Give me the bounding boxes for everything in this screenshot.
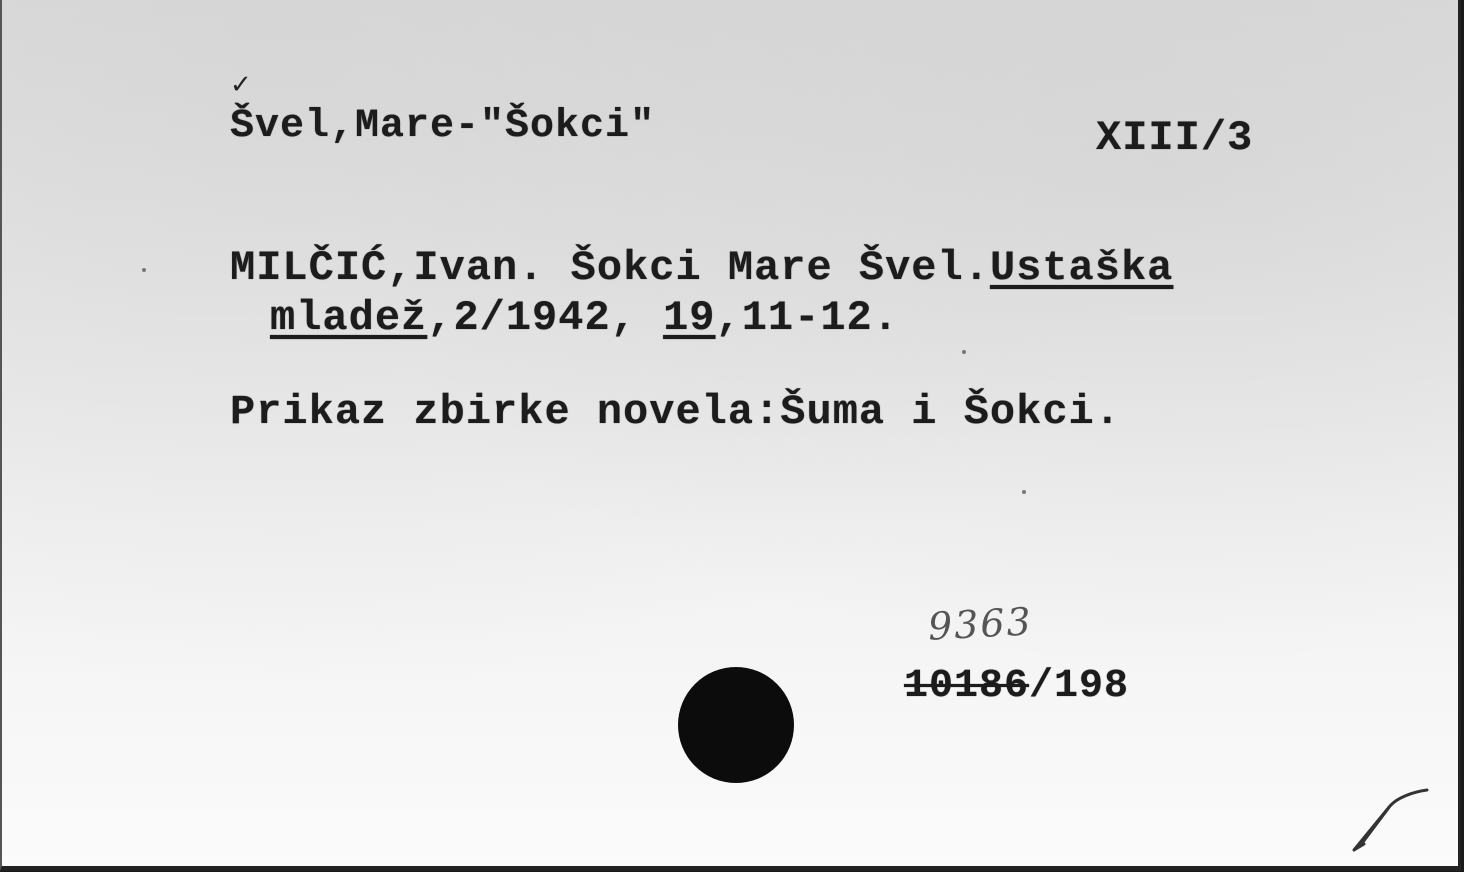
punch-hole-icon (678, 667, 794, 783)
journal-name-part-2: mladež (270, 294, 427, 342)
accession-suffix: /198 (1029, 664, 1129, 709)
entry-line-1: MILČIĆ,Ivan. Šokci Mare Švel.Ustaška (230, 244, 1173, 292)
entry-author: MILČIĆ,Ivan. (230, 244, 544, 292)
accession-struck: 10186 (904, 664, 1029, 709)
entry-line-2: mladež,2/1942, 19,11-12. (270, 294, 899, 342)
card-heading: Švel,Mare-"Šokci" (230, 104, 655, 149)
speck (962, 350, 966, 354)
handwritten-number: 9363 (927, 599, 1034, 648)
speck (142, 268, 146, 272)
entry-volume: 19 (663, 294, 715, 342)
entry-title: Šokci Mare Švel. (544, 244, 989, 292)
check-mark-icon: ✓ (230, 70, 252, 100)
summary-line: Prikaz zbirke novela:Šuma i Šokci. (230, 388, 1121, 436)
accession-number: 10186/198 (904, 664, 1129, 709)
entry-pages: ,11-12. (716, 294, 899, 342)
entry-issue: ,2/1942, (427, 294, 663, 342)
catalog-card: ✓ Švel,Mare-"Šokci" XIII/3 MILČIĆ,Ivan. … (0, 0, 1461, 871)
journal-name-part-1: Ustaška (990, 244, 1173, 292)
speck (1022, 490, 1026, 494)
corner-arrow-icon (1342, 780, 1432, 860)
class-number: XIII/3 (1096, 114, 1253, 162)
